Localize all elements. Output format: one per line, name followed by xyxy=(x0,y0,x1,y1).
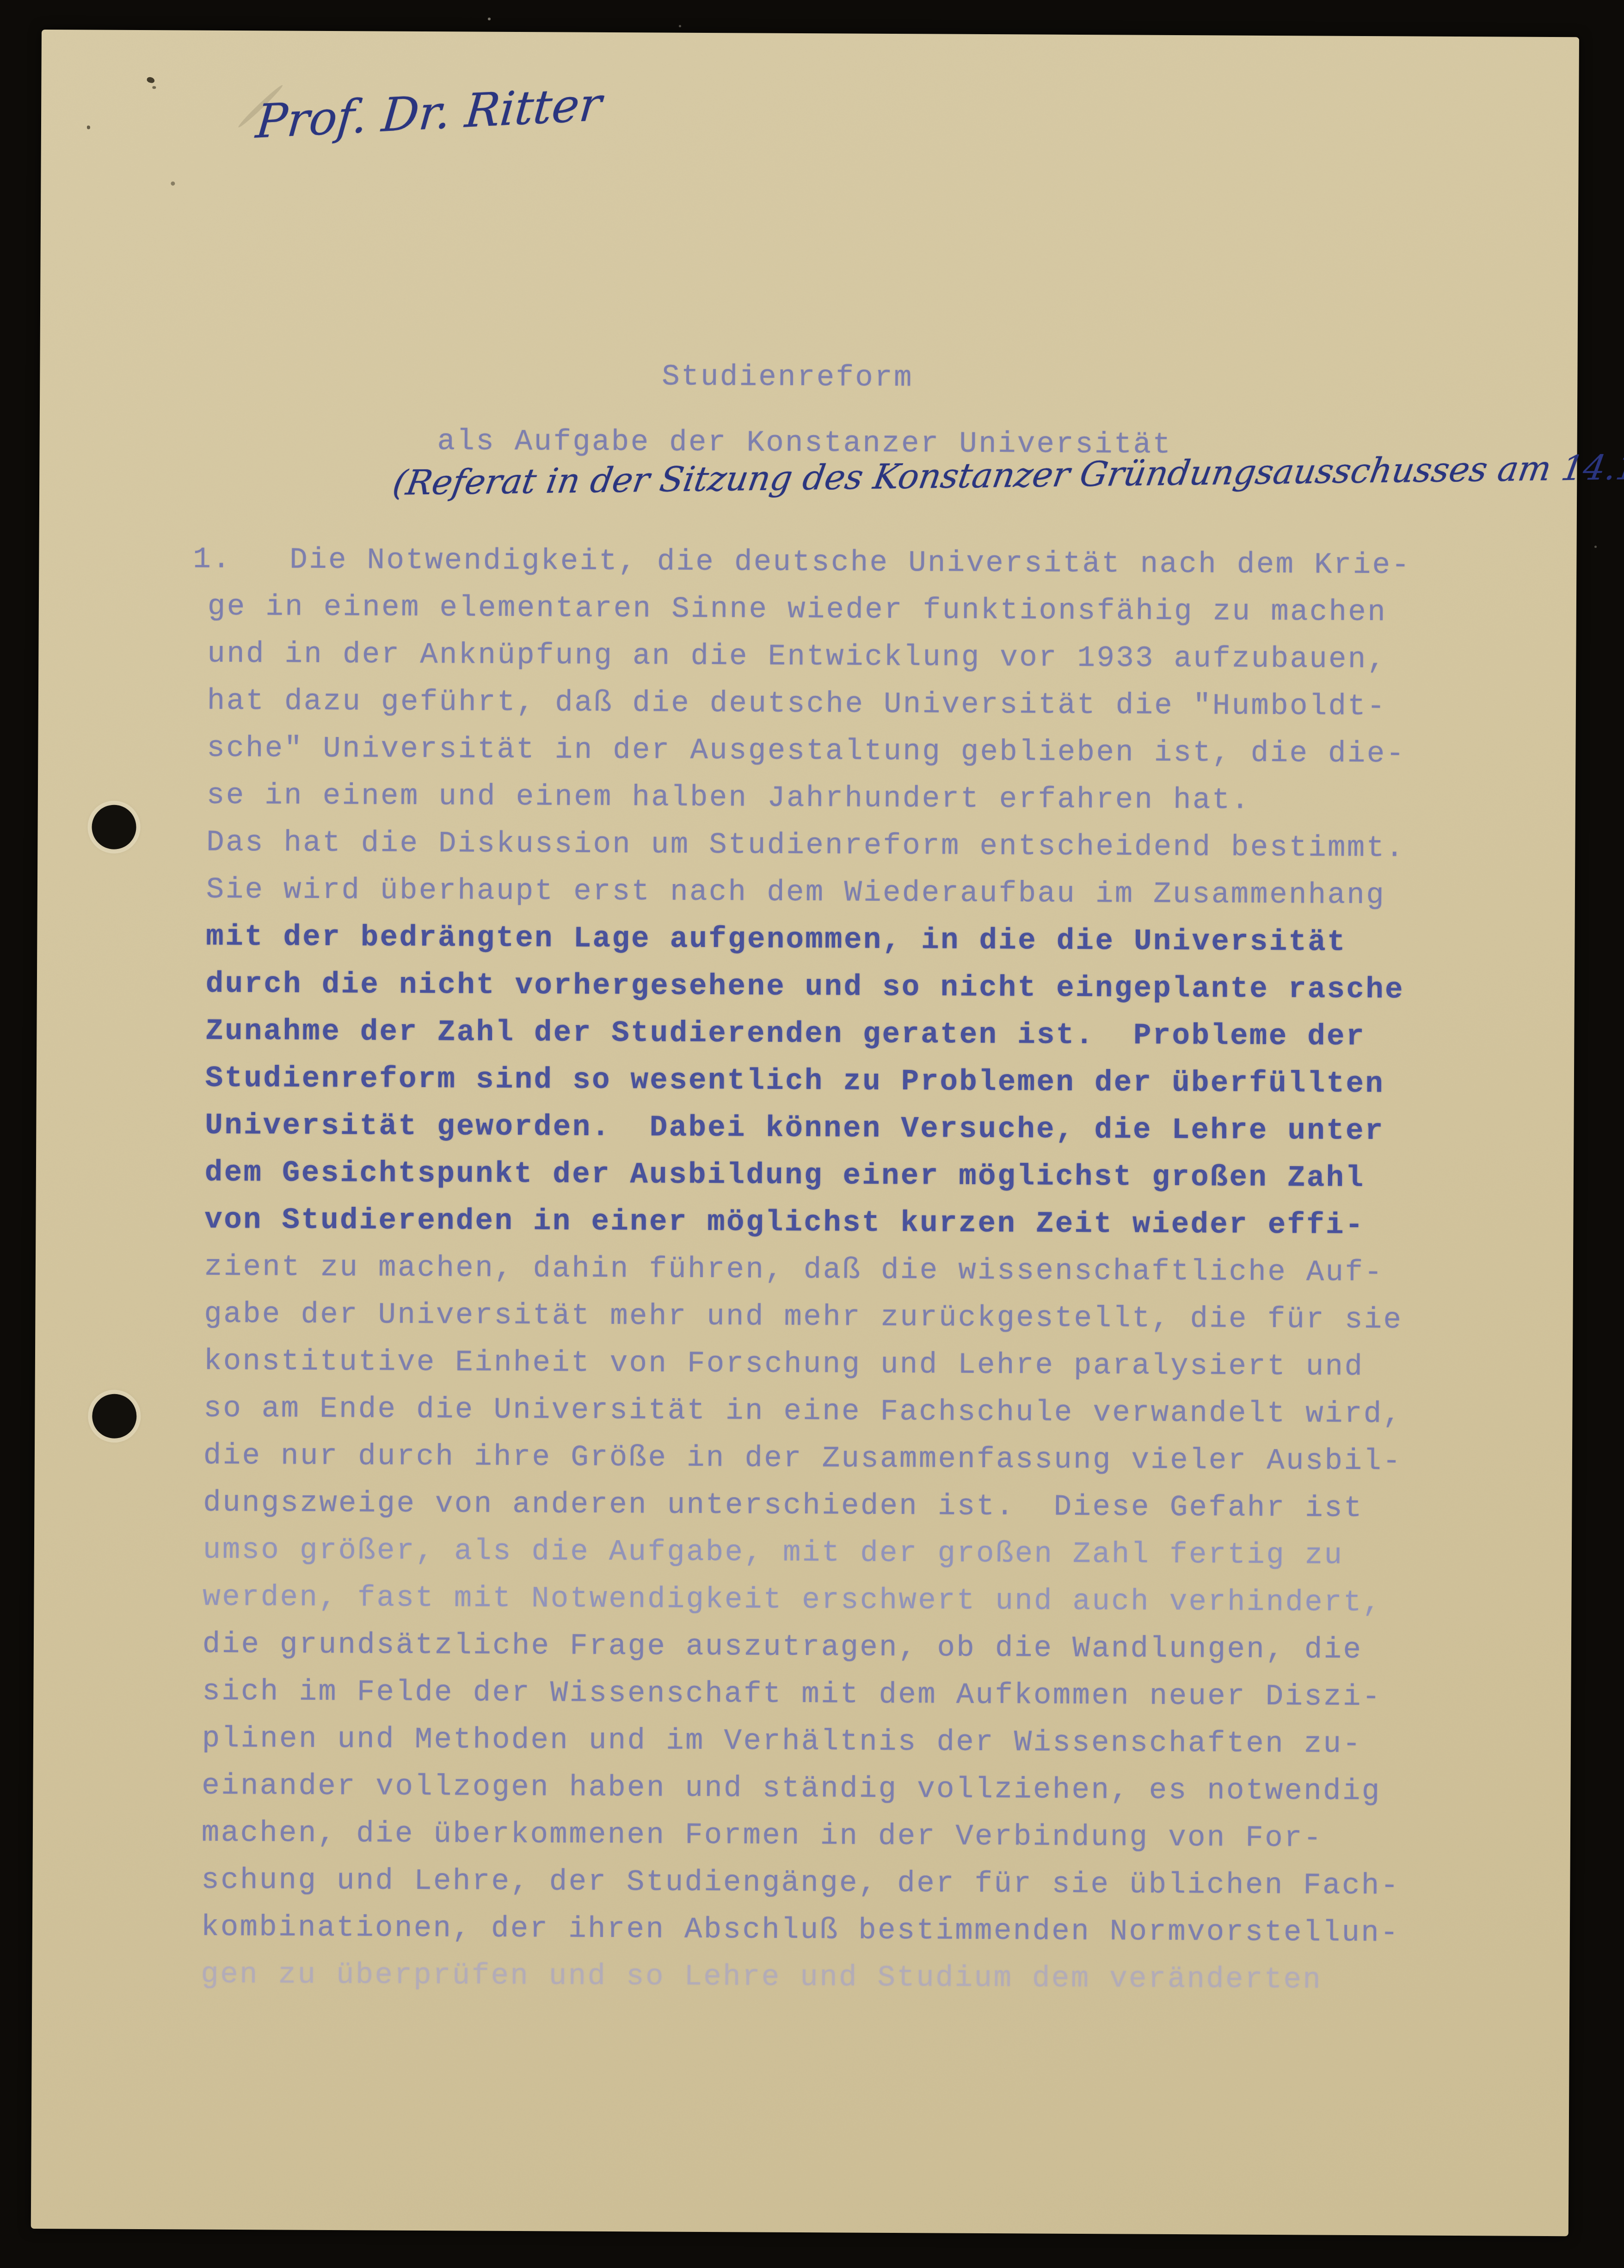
body-line: kombinationen, der ihren Abschluß bestim… xyxy=(201,1904,1404,1957)
dust-speck xyxy=(1594,546,1597,548)
body-line: konstitutive Einheit von Forschung und L… xyxy=(204,1338,1407,1391)
body-line: se in einem und einem halben Jahrhundert… xyxy=(207,772,1410,825)
body-line: machen, die überkommenen Formen in der V… xyxy=(202,1810,1405,1863)
ink-blemish xyxy=(171,181,175,185)
ink-blemish xyxy=(87,125,90,129)
body-line: werden, fast mit Notwendigkeit erschwert… xyxy=(203,1574,1406,1627)
body-line: die grundsätzliche Frage auszutragen, ob… xyxy=(203,1621,1406,1674)
body-line: dungszweige von anderen unterschieden is… xyxy=(203,1480,1406,1533)
body-line: die nur durch ihre Größe in der Zusammen… xyxy=(203,1432,1407,1486)
body-line: gabe der Universität mehr und mehr zurüc… xyxy=(204,1291,1407,1344)
punch-hole xyxy=(92,1394,136,1438)
body-line: mit der bedrängten Lage aufgenommen, in … xyxy=(206,914,1409,967)
dust-speck xyxy=(488,18,491,20)
body-line: ge in einem elementaren Sinne wieder fun… xyxy=(208,584,1411,637)
document-page: Prof. Dr. Ritter Studienreform als Aufga… xyxy=(31,30,1579,2236)
body-line: einander vollzogen haben und ständig vol… xyxy=(202,1763,1405,1816)
scanner-background: Prof. Dr. Ritter Studienreform als Aufga… xyxy=(0,0,1624,2268)
body-line: Studienreform sind so wesentlich zu Prob… xyxy=(205,1055,1409,1108)
body-line: hat dazu geführt, daß die deutsche Unive… xyxy=(207,678,1410,731)
dust-speck xyxy=(679,25,681,27)
body-line: zient zu machen, dahin führen, daß die w… xyxy=(204,1244,1408,1297)
ink-blemish xyxy=(152,86,156,89)
body-line: 1. Die Notwendigkeit, die deutsche Unive… xyxy=(208,536,1411,590)
body-line: Das hat die Diskussion um Studienreform … xyxy=(206,819,1409,873)
body-line: so am Ende die Universität in eine Fachs… xyxy=(203,1385,1407,1438)
body-line: Sie wird überhaupt erst nach dem Wiedera… xyxy=(206,867,1409,920)
body-line: sche" Universität in der Ausgestaltung g… xyxy=(207,725,1410,778)
body-line: sich im Felde der Wissenschaft mit dem A… xyxy=(202,1668,1405,1721)
body-line: Universität geworden. Dabei können Versu… xyxy=(205,1102,1408,1156)
body-line: gen zu überprüfen und so Lehre und Studi… xyxy=(201,1951,1404,2004)
document-title: Studienreform xyxy=(662,363,913,393)
body-line: Zunahme der Zahl der Studierenden gerate… xyxy=(205,1008,1409,1061)
body-lines: 1. Die Notwendigkeit, die deutsche Unive… xyxy=(201,536,1411,2004)
body-line: durch die nicht vorhergesehene und so ni… xyxy=(206,961,1409,1014)
body-line: dem Gesichtspunkt der Ausbildung einer m… xyxy=(205,1149,1408,1203)
ink-blemish xyxy=(146,76,155,84)
body-line: und in der Anknüpfung an die Entwicklung… xyxy=(207,631,1410,684)
body-line: von Studierenden in einer möglichst kurz… xyxy=(204,1197,1408,1250)
body-line: schung und Lehre, der Studiengänge, der … xyxy=(201,1857,1404,1910)
body-line: umso größer, als die Aufgabe, mit der gr… xyxy=(203,1527,1406,1580)
handwritten-author-annotation: Prof. Dr. Ritter xyxy=(254,77,604,149)
body-line: plinen und Methoden und im Verhältnis de… xyxy=(202,1715,1405,1769)
punch-hole xyxy=(92,805,136,849)
